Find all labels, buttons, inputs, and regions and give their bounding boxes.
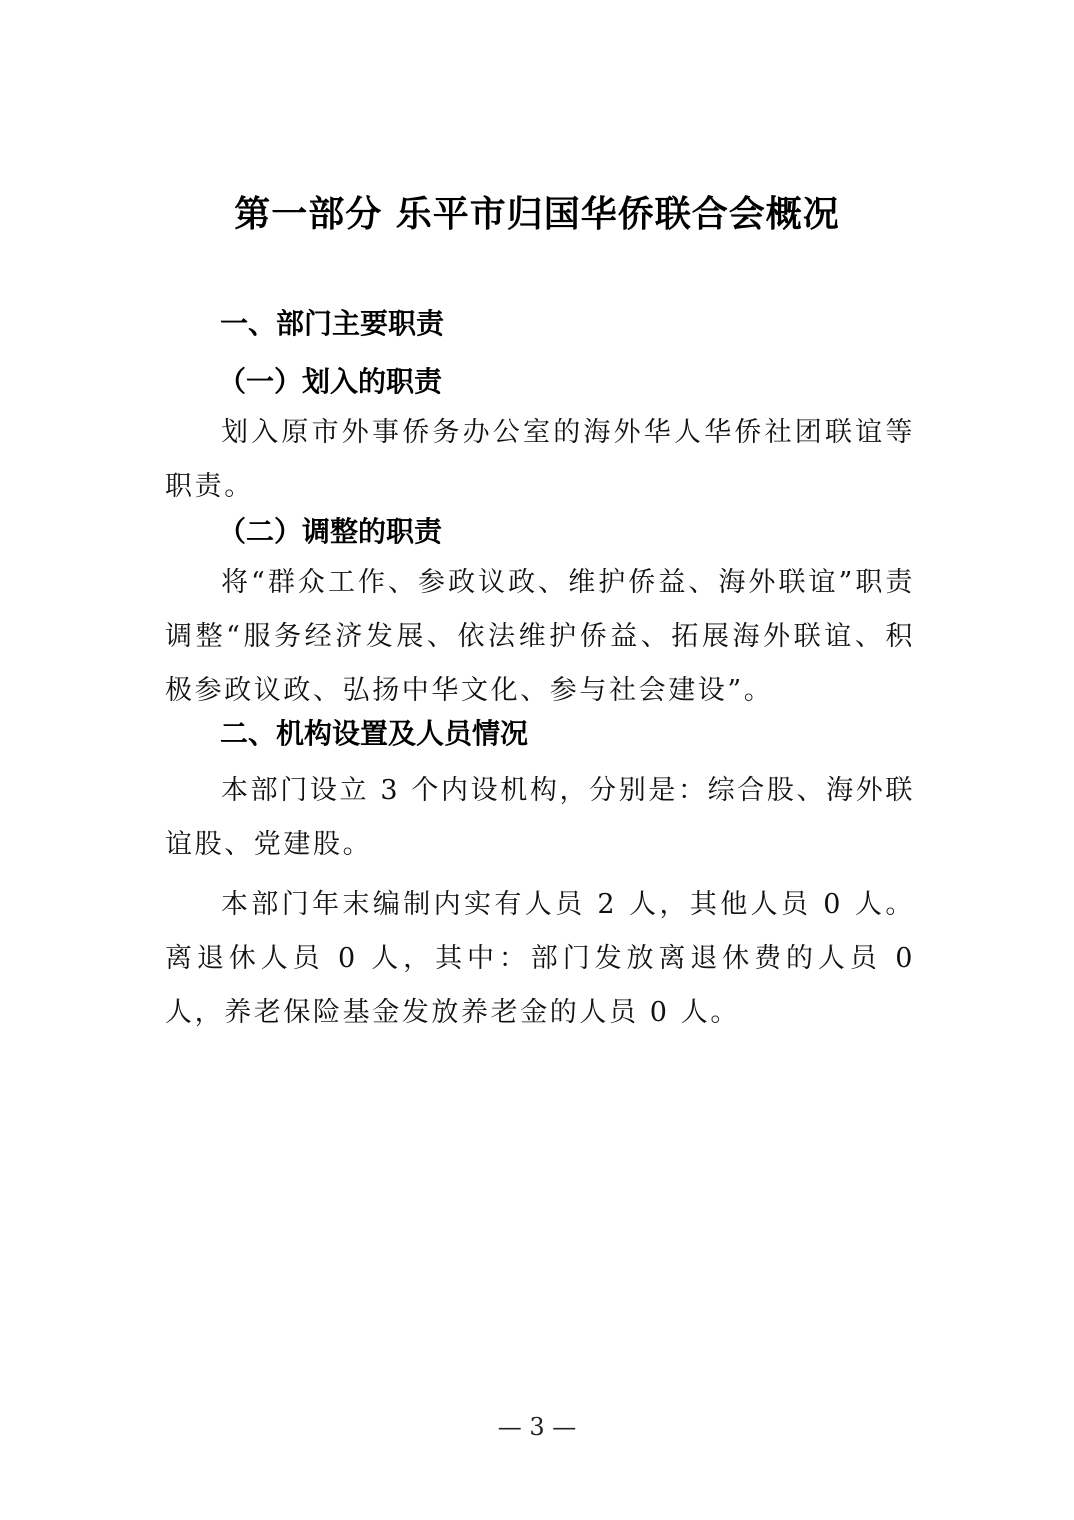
section-heading-duties: 一、部门主要职责 [220, 304, 444, 344]
section-heading-organization: 二、机构设置及人员情况 [220, 714, 528, 754]
paragraph-transferred-duties: 划入原市外事侨务办公室的海外华人华侨社团联谊等职责。 [165, 406, 915, 514]
subsection-heading-transferred-duties: （一）划入的职责 [218, 362, 442, 402]
paragraph-internal-units: 本部门设立 3 个内设机构，分别是：综合股、海外联谊股、党建股。 [165, 764, 915, 872]
document-page: 第一部分 乐平市归国华侨联合会概况 一、部门主要职责 （一）划入的职责 划入原市… [0, 0, 1074, 1520]
paragraph-adjusted-duties: 将“群众工作、参政议政、维护侨益、海外联谊”职责调整“服务经济发展、依法维护侨益… [165, 556, 915, 718]
page-title: 第一部分 乐平市归国华侨联合会概况 [0, 190, 1074, 240]
page-number: — 3 — [0, 1410, 1074, 1444]
subsection-heading-adjusted-duties: （二）调整的职责 [218, 512, 442, 552]
paragraph-staffing: 本部门年末编制内实有人员 2 人，其他人员 0 人。离退休人员 0 人，其中：部… [165, 878, 915, 1040]
